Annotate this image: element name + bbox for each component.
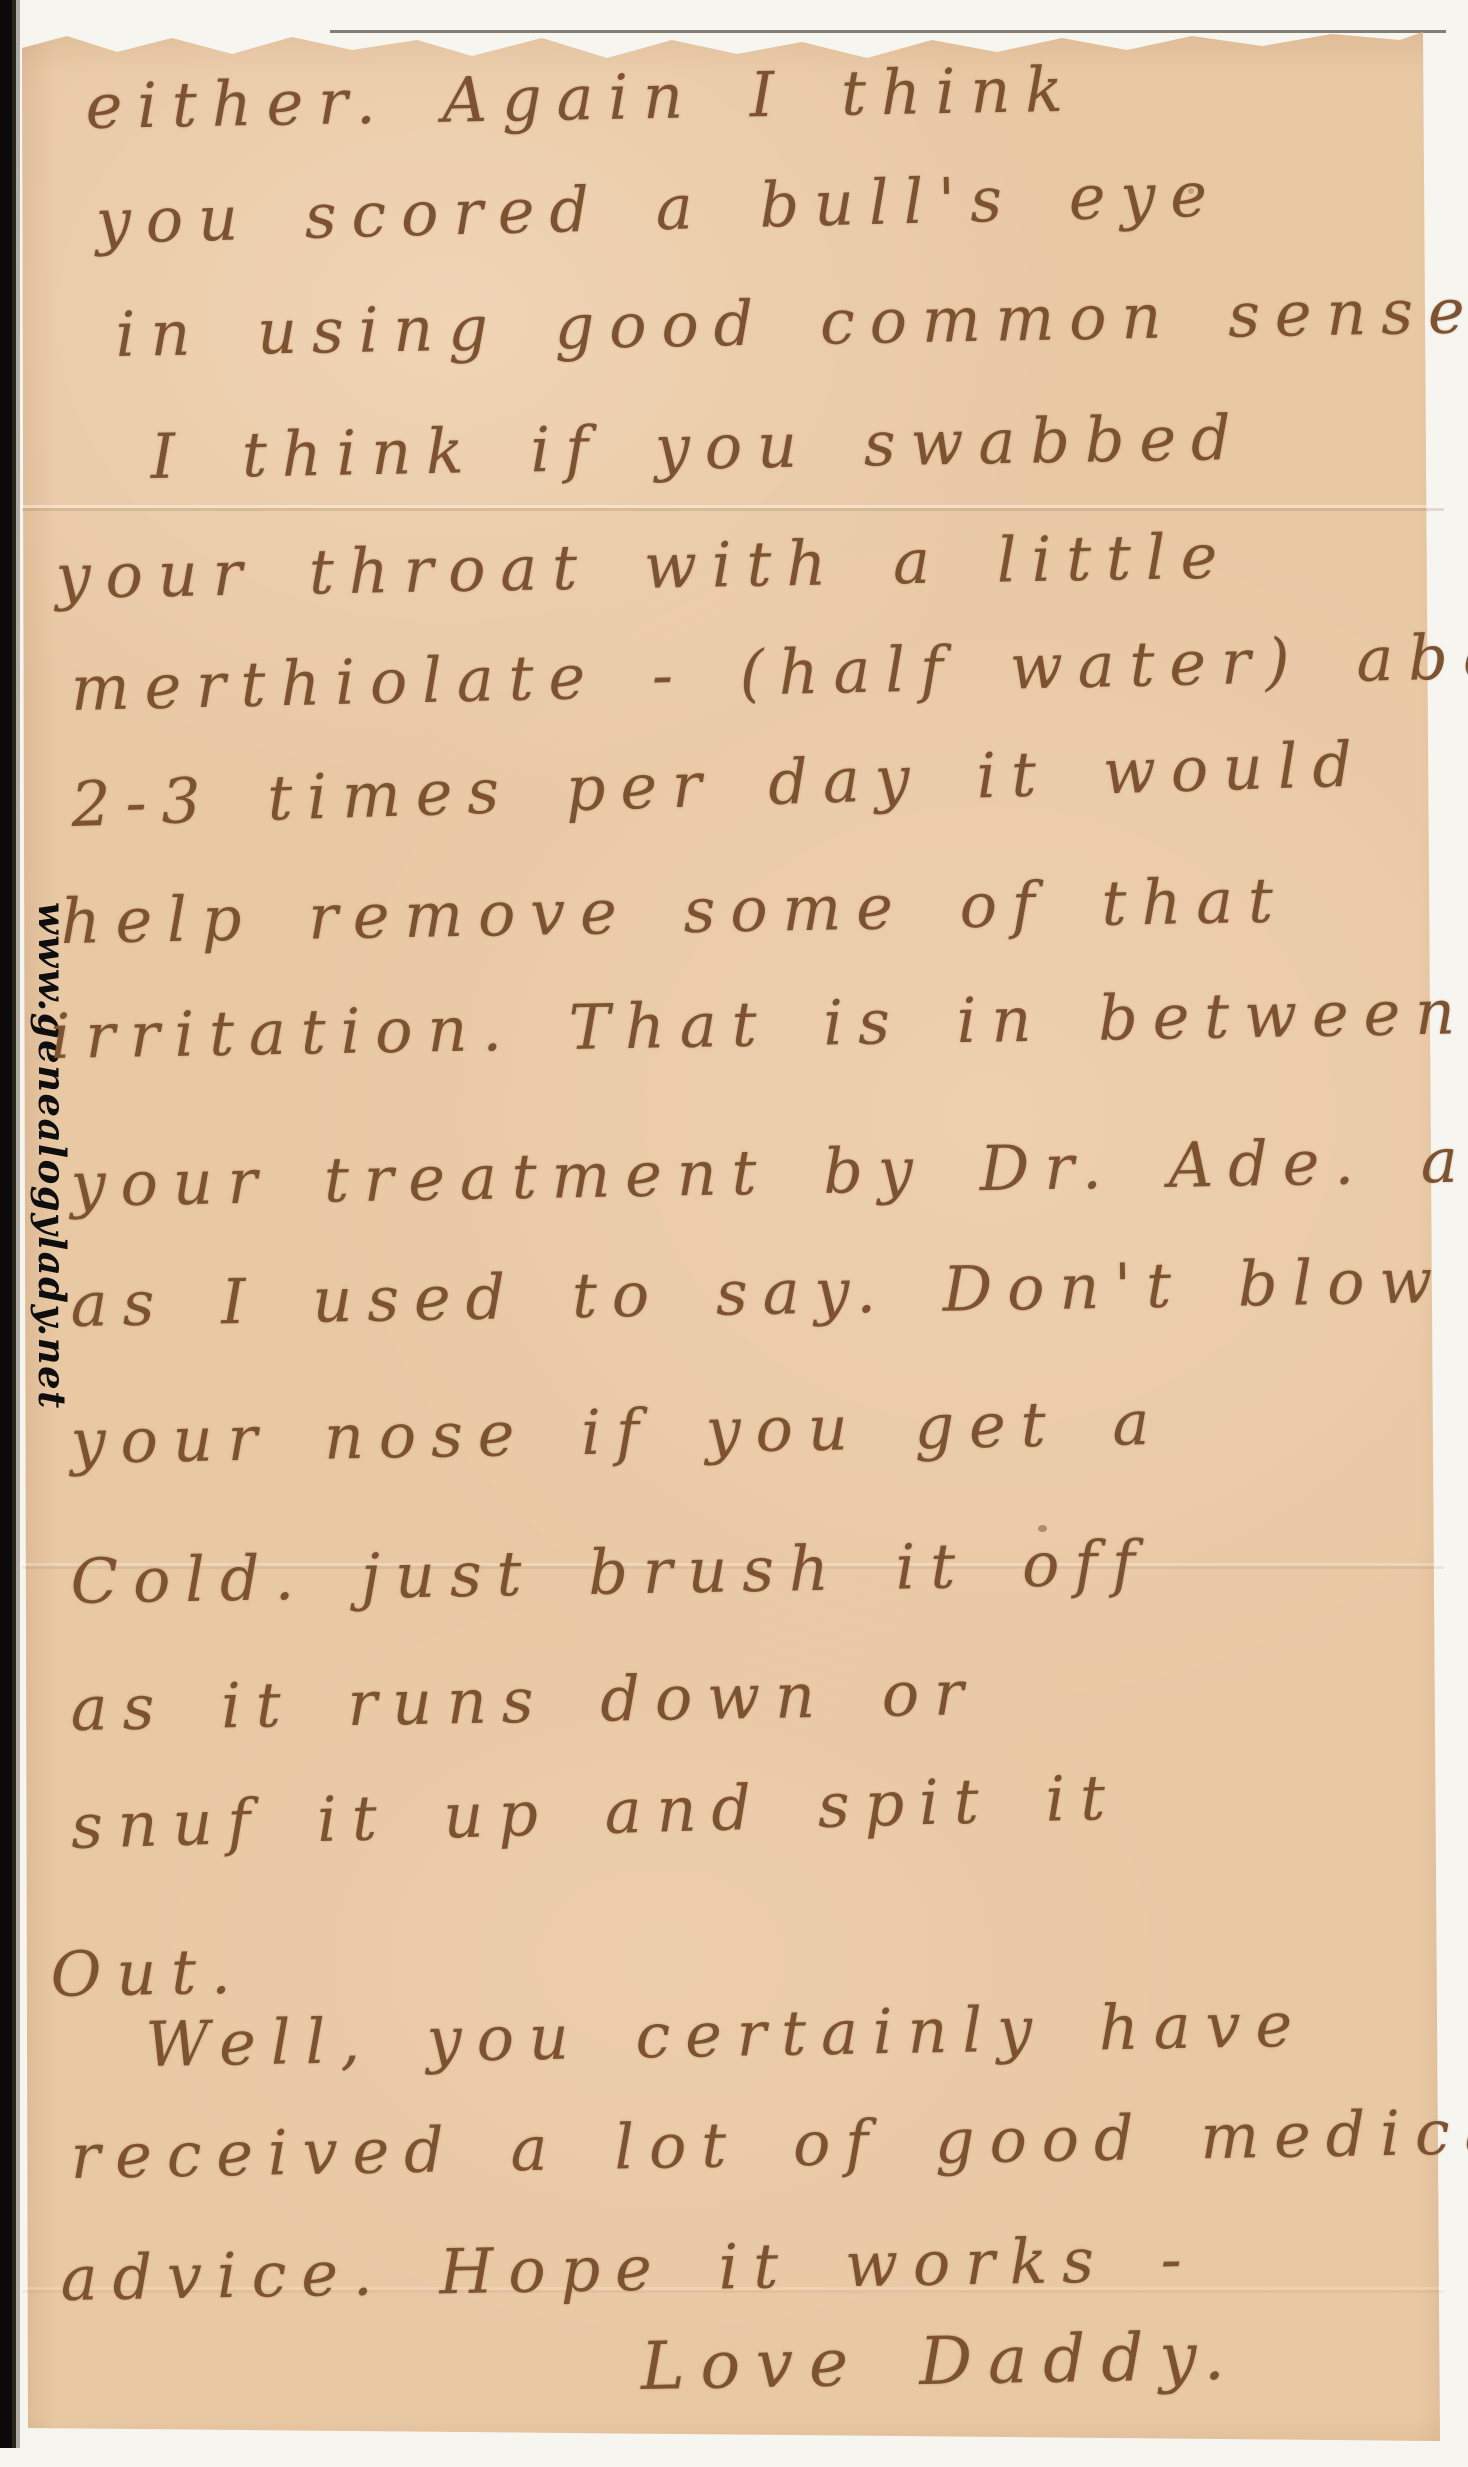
letter-paper <box>22 28 1444 2445</box>
paper-top-edge-shadow <box>330 30 1446 33</box>
watermark-text: www.genealogylady.net <box>30 902 74 1410</box>
scanned-letter-page: www.genealogylady.net either. Again I th… <box>0 0 1468 2467</box>
scanner-edge-strip <box>0 0 20 2448</box>
letter-line-signature: Love Daddy. <box>640 2318 1241 2405</box>
letter-line: Out. <box>50 1935 246 2011</box>
